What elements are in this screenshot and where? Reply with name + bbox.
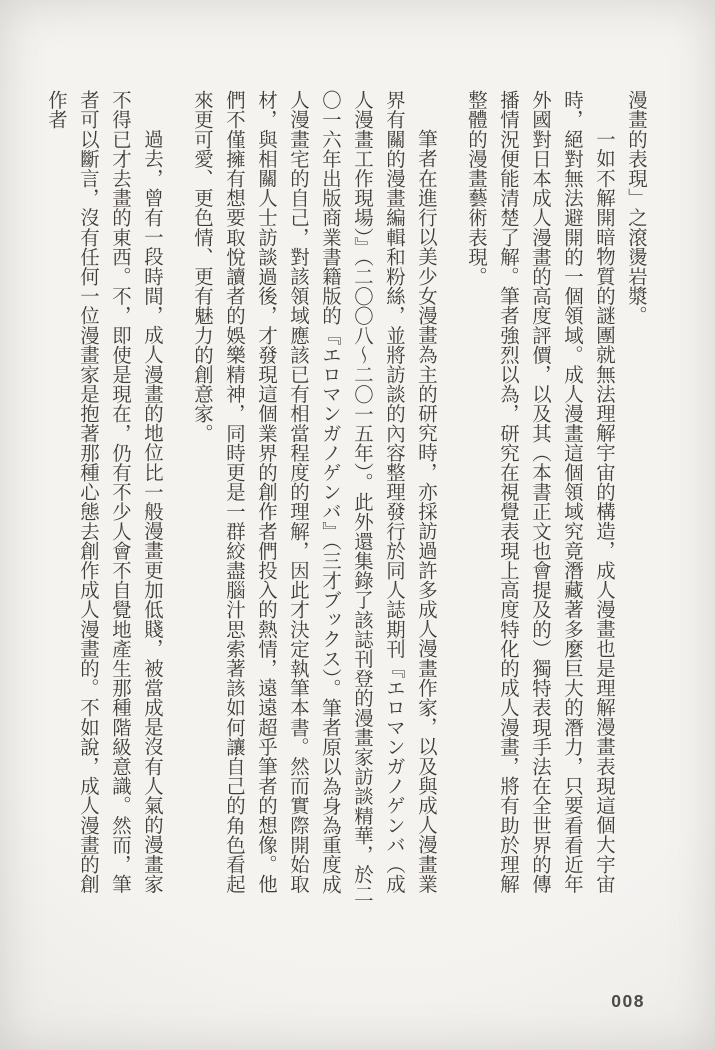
book-page: 漫畫的表現」之滾燙岩漿。 一如不解開暗物質的謎團就無法理解宇宙的構造，成人漫畫也…: [0, 0, 715, 1050]
paragraph-status-of-adult-manga: 過去，曾有一段時間，成人漫畫的地位比一般漫畫更加低賤，被當成是沒有人氣的漫畫家不…: [39, 90, 167, 908]
page-number: 008: [611, 991, 645, 1012]
paragraph-continuation: 漫畫的表現」之滾燙岩漿。: [619, 90, 651, 908]
paragraph-research-interviews: 筆者在進行以美少女漫畫為主的研究時，亦採訪過許多成人漫畫作家，以及與成人漫畫業界…: [185, 90, 441, 908]
paragraph-dark-matter-analogy: 一如不解開暗物質的謎團就無法理解宇宙的構造，成人漫畫也是理解漫畫表現這個大宇宙時…: [459, 90, 619, 908]
vertical-text-block: 漫畫的表現」之滾燙岩漿。 一如不解開暗物質的謎團就無法理解宇宙的構造，成人漫畫也…: [39, 90, 651, 908]
